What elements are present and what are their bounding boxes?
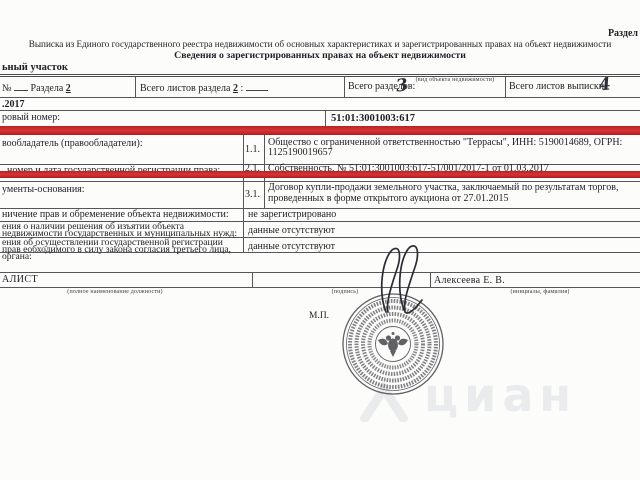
- blank-field: [246, 82, 268, 91]
- handwritten-total-sheets: 4: [598, 74, 612, 95]
- document-title: Выписка из Единого государственного реес…: [0, 39, 640, 49]
- row-value-documents: Договор купли-продажи земельного участка…: [268, 183, 640, 204]
- grid-line: [243, 135, 244, 253]
- cadastral-number: 51:01:3001003:617: [331, 113, 415, 124]
- row-label-rightholder: вообладатель (правообладатели):: [2, 139, 242, 150]
- section-number-cell: № Раздела 2: [2, 82, 71, 95]
- grid-line: [0, 110, 640, 111]
- section-label: Раздел: [608, 29, 638, 40]
- red-marker-line-1: [0, 126, 640, 135]
- row-label-consent: ения об осуществлении государственной ре…: [2, 239, 242, 260]
- grid-line: [0, 287, 640, 288]
- row-value-consent: данные отсутствуют: [248, 242, 335, 253]
- handwritten-total-sections: 3: [395, 75, 409, 96]
- egrn-extract-document: Раздел Выписка из Единого государственно…: [0, 0, 640, 480]
- red-marker-line-2: [0, 171, 640, 179]
- object-type-caption: (вид объекта недвижимости): [400, 77, 510, 83]
- section-value: 2: [66, 83, 71, 94]
- row-num: 3.1.: [245, 190, 260, 201]
- section-word: Раздела: [31, 83, 64, 94]
- seal-place-mark: М.П.: [309, 311, 329, 321]
- colon: :: [240, 83, 243, 94]
- position-caption: (полное наименование должности): [25, 289, 205, 295]
- row-value-seizure: данные отсутствуют: [248, 226, 335, 237]
- sheets-label: Всего листов раздела: [140, 83, 230, 94]
- grid-line: [0, 272, 640, 273]
- sheets-of-section-cell: Всего листов раздела 2 :: [140, 82, 268, 95]
- document-subtitle: Сведения о зарегистрированных правах на …: [0, 50, 640, 61]
- grid-line: [505, 77, 506, 97]
- number-sign: №: [2, 83, 12, 94]
- row-label-seizure: ения о наличии решения об изъятии объект…: [2, 223, 242, 237]
- date-fragment: .2017: [2, 100, 25, 111]
- double-rule: [0, 74, 640, 77]
- sheets-value: 2: [233, 83, 238, 94]
- blank-field: [14, 82, 28, 91]
- row-label-restrictions: ничение прав и обременение объекта недви…: [2, 210, 242, 221]
- grid-line: [252, 272, 253, 287]
- row-label-documents: ументы-основания:: [2, 185, 242, 196]
- row-value-restrictions: не зарегистрировано: [248, 210, 336, 221]
- signer-position: АЛИСТ: [2, 275, 38, 286]
- handwritten-signature: [348, 242, 448, 318]
- total-sheets-cell: Всего листов выписки:: [509, 82, 607, 93]
- grid-line: [0, 97, 640, 98]
- double-eagle-emblem: [378, 332, 408, 357]
- cadastral-label: ровый номер:: [2, 113, 60, 124]
- row-value-rightholder: Общество с ограниченной ответственностью…: [268, 138, 640, 159]
- total-sheets-label: Всего листов выписки:: [509, 81, 607, 92]
- grid-line: [344, 77, 345, 97]
- object-type: ьный участок: [2, 62, 68, 73]
- name-caption: (инициалы, фамилия): [470, 289, 610, 295]
- row-num: 1.1.: [245, 145, 260, 156]
- grid-line: [325, 110, 326, 126]
- grid-line: [135, 77, 136, 97]
